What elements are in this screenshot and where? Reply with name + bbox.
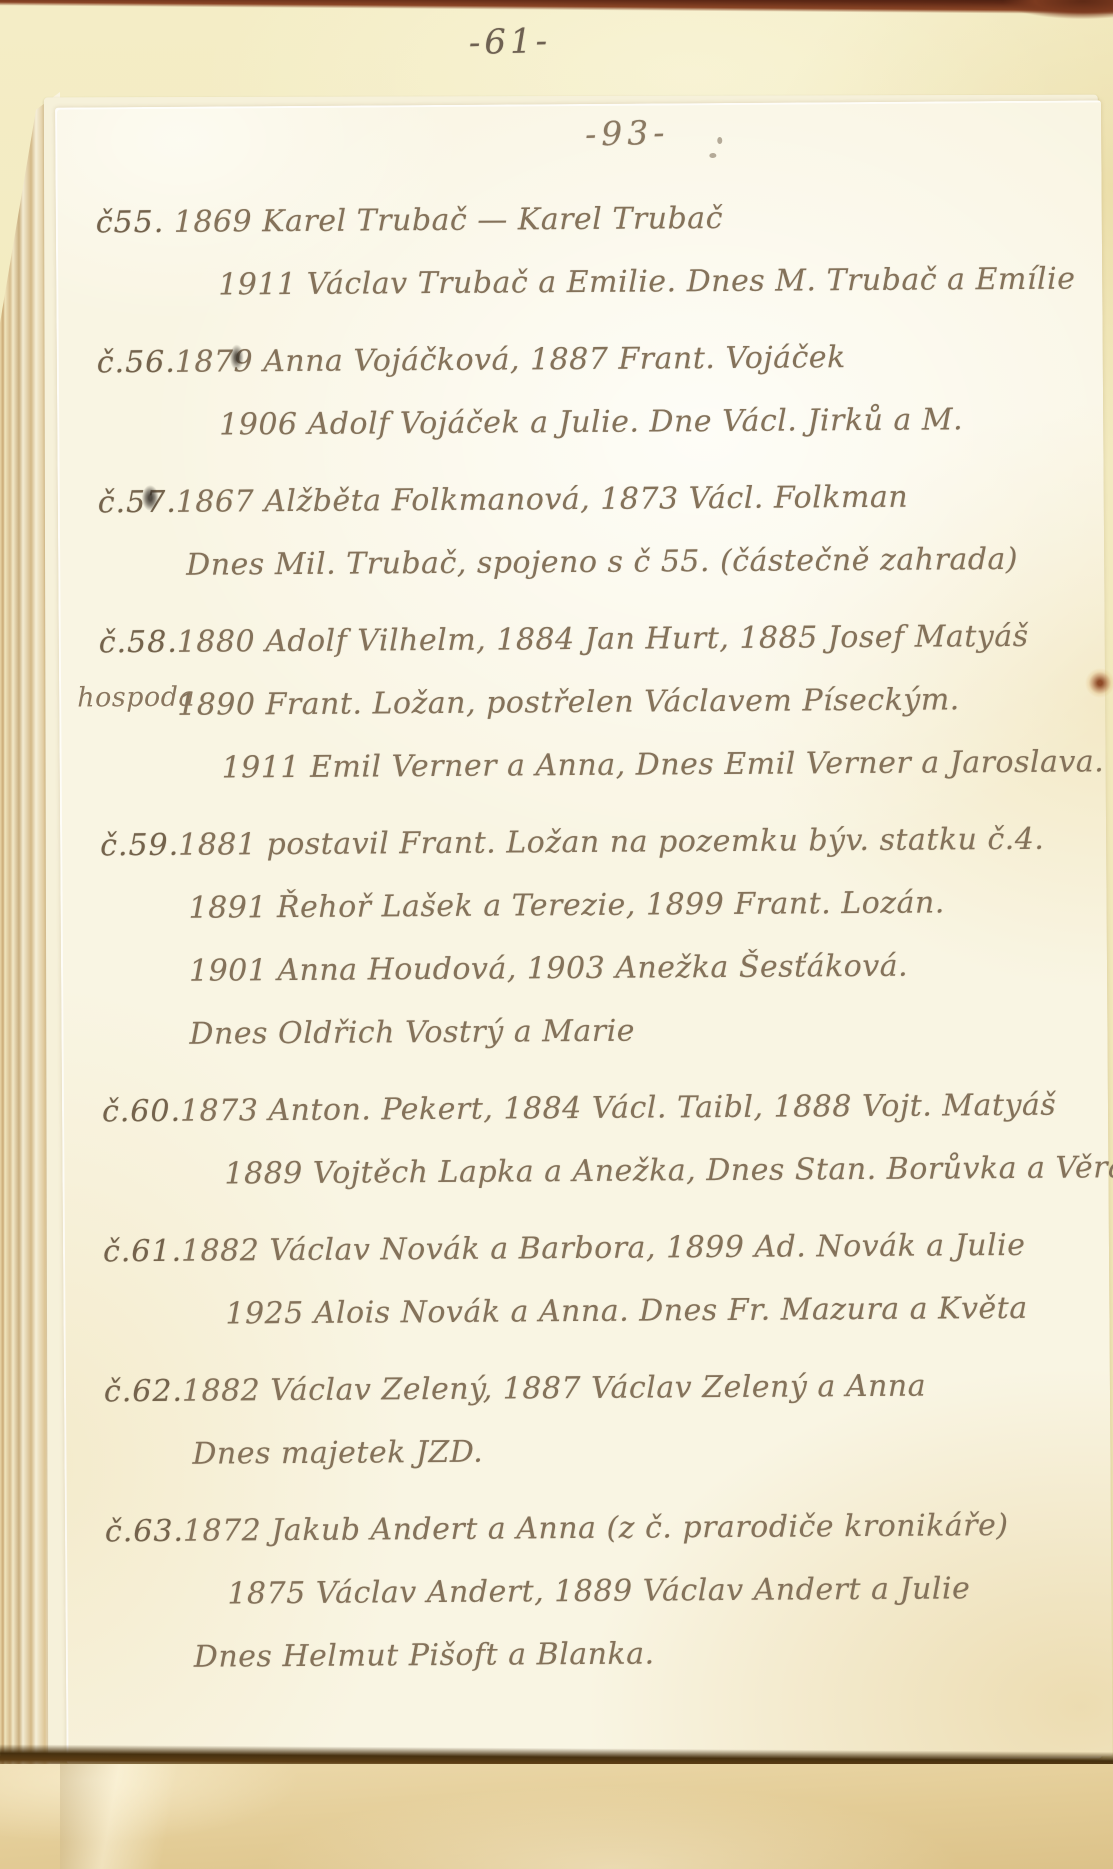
entry-line: 1875 Václav Andert, 1889 Václav Andert a… <box>183 1556 1105 1625</box>
entry-line: 1869 Karel Trubač — Karel Trubač <box>174 184 1096 253</box>
entry-line: Dnes Oldřich Vostrý a Marie <box>179 996 1101 1065</box>
entry-label: č.63. <box>105 1500 185 1564</box>
register-entry: č55. 1869 Karel Trubač — Karel Trubač 19… <box>96 184 1097 317</box>
entry-label: č.59. <box>100 814 180 878</box>
main-page: -93- č55. 1869 Karel Trubač — Karel Trub… <box>55 100 1113 1763</box>
entry-line: 1873 Anton. Pekert, 1884 Václ. Taibl, 18… <box>180 1073 1102 1142</box>
entry-line: 1889 Vojtěch Lapka a Anežka, Dnes Stan. … <box>180 1136 1102 1205</box>
register-entry: č.56. 1879 Anna Vojáčková, 1887 Frant. V… <box>97 324 1098 457</box>
entry-line: 1925 Alois Novák a Anna. Dnes Fr. Mazura… <box>181 1276 1103 1345</box>
entry-line: Dnes majetek JZD. <box>182 1416 1104 1485</box>
under-page <box>0 1764 1113 1869</box>
entry-line: 1891 Řehoř Lašek a Terezie, 1899 Frant. … <box>178 870 1100 939</box>
entry-line: 1881 postavil Frant. Ložan na pozemku bý… <box>178 807 1100 876</box>
register-content: č55. 1869 Karel Trubač — Karel Trubač 19… <box>96 184 1107 1703</box>
book-photo: -61- -93- č55. 1869 Karel Trubač — Karel… <box>0 0 1113 1869</box>
entry-label: č.60. <box>102 1080 182 1144</box>
entry-line: Dnes Mil. Trubač, spojeno s č 55. (částe… <box>176 527 1098 596</box>
entry-line: 1911 Václav Trubač a Emilie. Dnes M. Tru… <box>174 247 1096 316</box>
paper-crease <box>60 1764 240 1869</box>
register-entry: č.58. hospoda 1880 Adolf Vilhelm, 1884 J… <box>99 604 1100 800</box>
ink-blot <box>230 344 244 370</box>
entry-line: 1867 Alžběta Folkmanová, 1873 Václ. Folk… <box>176 464 1098 533</box>
ink-blot <box>142 485 159 511</box>
entry-label: č.56. <box>97 331 177 395</box>
book-cover-corner <box>999 0 1113 22</box>
entry-line: 1906 Adolf Vojáček a Julie. Dne Václ. Ji… <box>175 387 1097 456</box>
entry-line: Dnes Helmut Pišoft a Blanka. <box>184 1619 1106 1688</box>
register-entry: č.61. 1882 Václav Novák a Barbora, 1899 … <box>103 1213 1104 1346</box>
entry-line: 1880 Adolf Vilhelm, 1884 Jan Hurt, 1885 … <box>177 604 1099 673</box>
entry-line: 1872 Jakub Andert a Anna (z č. prarodiče… <box>183 1493 1105 1562</box>
register-entry: č.60. 1873 Anton. Pekert, 1884 Václ. Tai… <box>102 1073 1103 1206</box>
register-entry: č.62. 1882 Václav Zelený, 1887 Václav Ze… <box>104 1353 1105 1486</box>
smudge-dots <box>707 137 731 165</box>
entry-label: č.57. <box>98 471 178 535</box>
outer-page-number: -61- <box>430 20 591 64</box>
register-entry: č.63. 1872 Jakub Andert a Anna (z č. pra… <box>105 1493 1106 1689</box>
entry-line: 1901 Anna Houdová, 1903 Anežka Šesťáková… <box>179 933 1101 1002</box>
entry-line: 1882 Václav Novák a Barbora, 1899 Ad. No… <box>181 1213 1103 1282</box>
entry-line: 1879 Anna Vojáčková, 1887 Frant. Vojáček <box>175 324 1097 393</box>
entry-line: 1911 Emil Verner a Anna, Dnes Emil Verne… <box>177 730 1099 799</box>
entry-line: 1890 Frant. Ložan, postřelen Václavem Pí… <box>177 667 1099 736</box>
entry-label: č55. <box>96 191 165 254</box>
entry-line: 1882 Václav Zelený, 1887 Václav Zelený a… <box>182 1353 1104 1422</box>
entry-label: č.58. <box>99 611 179 675</box>
page-number: -93- <box>547 112 708 155</box>
entry-label: č.62. <box>104 1360 184 1424</box>
margin-note: hospoda <box>77 682 195 714</box>
register-entry: č.57. 1867 Alžběta Folkmanová, 1873 Václ… <box>98 464 1099 597</box>
register-entry: č.59. 1881 postavil Frant. Ložan na poze… <box>100 807 1102 1066</box>
paper-stain <box>1085 668 1113 698</box>
entry-label: č.61. <box>103 1220 183 1284</box>
